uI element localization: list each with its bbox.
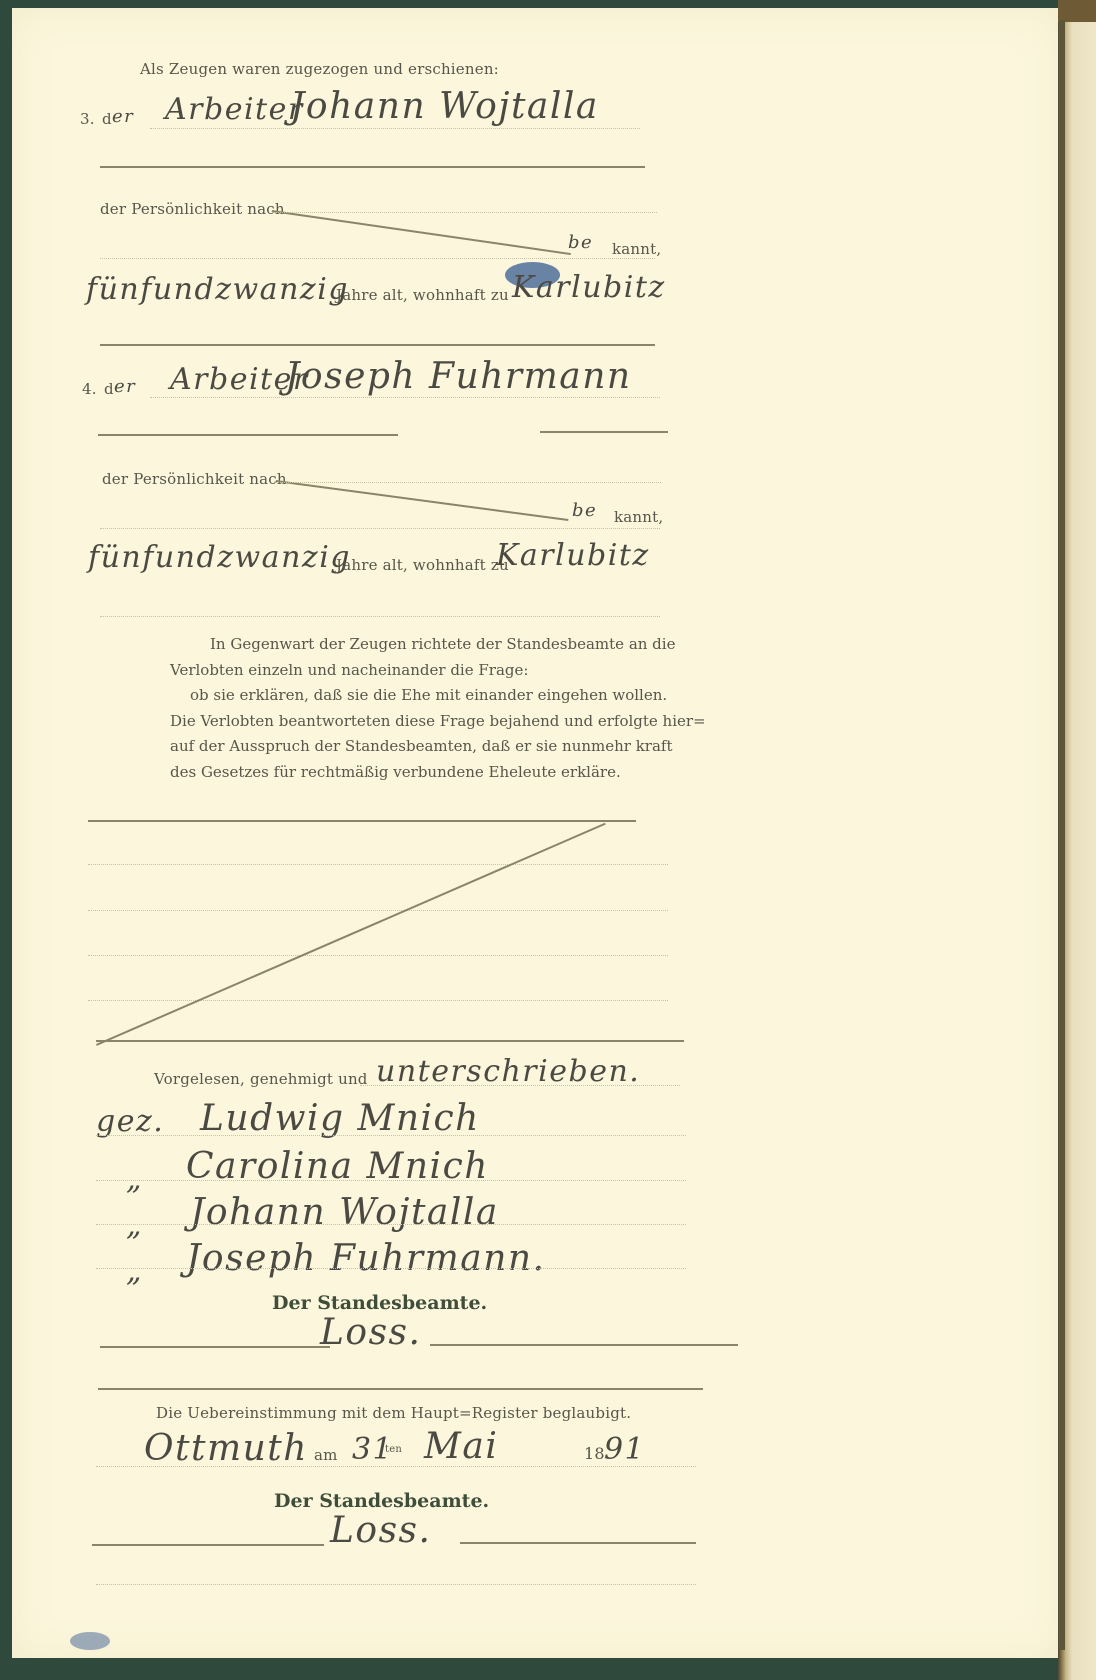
dotted-line: [96, 1466, 696, 1467]
dotted-line: [100, 528, 660, 529]
witness-4-identity-hand: be: [572, 500, 597, 521]
dotted-line: [150, 397, 660, 398]
witness-3-residence: Karlubitz: [512, 270, 666, 305]
dotted-line: [96, 1135, 686, 1136]
witness-4-age-label: Jahre alt, wohnhaft zu: [336, 556, 509, 574]
binding-top-edge: [1058, 0, 1096, 22]
witness-4-name: Joseph Fuhrmann: [285, 356, 632, 397]
dotted-line: [276, 482, 661, 483]
ceremony-line: ob sie erklären, daß sie die Ehe mit ein…: [170, 683, 665, 709]
dotted-line: [88, 1000, 668, 1001]
witness-3-age: fünfundzwanzig: [86, 272, 349, 307]
dotted-line: [96, 1180, 686, 1181]
witness-4-prefix: d: [104, 380, 114, 398]
ceremony-line: des Gesetzes für rechtmäßig verbundene E…: [170, 760, 665, 786]
rule-line: [100, 166, 645, 168]
ink-blot: [70, 1632, 110, 1650]
certification-month: Mai: [424, 1426, 498, 1467]
ceremony-paragraph: In Gegenwart der Zeugen richtete der Sta…: [170, 632, 665, 785]
ceremony-line: Verlobten einzeln und nacheinander die F…: [170, 658, 665, 684]
witness-4-prefix-hand: er: [114, 376, 136, 397]
rule-line: [98, 434, 398, 436]
signature-name: Ludwig Mnich: [200, 1098, 480, 1139]
signature-prefix: gez.: [96, 1104, 164, 1139]
signature-prefix: „: [126, 1254, 143, 1289]
rule-line: [460, 1542, 696, 1544]
witness-3-occupation: Arbeiter: [165, 92, 304, 127]
rule-line: [100, 1346, 330, 1348]
witness-3-name: Johann Wojtalla: [290, 86, 599, 127]
certification-place: Ottmuth: [144, 1428, 308, 1469]
witness-3-age-label: Jahre alt, wohnhaft zu: [336, 286, 509, 304]
rule-line: [96, 1040, 684, 1042]
certifying-registrar-title: Der Standesbeamte.: [274, 1490, 489, 1512]
rule-line: [540, 431, 668, 433]
witness-4-identity-label: der Persönlichkeit nach: [102, 470, 287, 488]
witness-4-identity-suffix: kannt,: [614, 508, 663, 526]
certification-year-printed: 18: [584, 1444, 605, 1463]
witness-3-identity-suffix: kannt,: [612, 240, 661, 258]
dotted-line: [88, 955, 668, 956]
registrar-title: Der Standesbeamte.: [272, 1292, 487, 1314]
witness-4-age: fünfundzwanzig: [88, 540, 351, 575]
rule-line: [92, 1544, 324, 1546]
certification-year-hand: 91: [604, 1432, 645, 1467]
witness-3-number: 3.: [80, 110, 95, 128]
certification-am: am: [314, 1446, 338, 1464]
witness-3-identity-label: der Persönlichkeit nach: [100, 200, 285, 218]
read-approved-label: Vorgelesen, genehmigt und: [154, 1070, 368, 1088]
witness-3-prefix-hand: er: [112, 106, 134, 127]
dotted-line: [100, 616, 660, 617]
dotted-line: [150, 128, 640, 129]
certification-label: Die Uebereinstimmung mit dem Haupt=Regis…: [156, 1404, 631, 1422]
witness-3-identity-hand: be: [568, 232, 593, 253]
witness-4-residence: Karlubitz: [496, 538, 650, 573]
read-approved-hand: unterschrieben.: [376, 1054, 640, 1089]
dotted-line: [96, 1268, 686, 1269]
ceremony-line: auf der Ausspruch der Standesbeamten, da…: [170, 734, 665, 760]
signature-name: Johann Wojtalla: [190, 1192, 499, 1233]
certification-day-suffix: ten: [385, 1444, 402, 1455]
rule-line: [430, 1344, 738, 1346]
dotted-line: [88, 864, 668, 865]
dotted-line: [272, 212, 657, 213]
signature-prefix: „: [126, 1208, 143, 1243]
witnesses-header: Als Zeugen waren zugezogen und erschiene…: [140, 60, 499, 78]
witness-4-number: 4.: [82, 380, 97, 398]
ceremony-line: Die Verlobten beantworteten diese Frage …: [170, 709, 665, 735]
dotted-line: [100, 258, 655, 259]
dotted-line: [96, 1224, 686, 1225]
rule-line: [100, 344, 655, 346]
certifying-registrar-signature: Loss.: [330, 1510, 431, 1551]
dotted-line: [88, 910, 668, 911]
dotted-line: [360, 1085, 680, 1086]
page-edge-shadow: [1060, 20, 1065, 1650]
rule-line: [98, 1388, 703, 1390]
witness-3-prefix: d: [102, 110, 112, 128]
signature-name: Joseph Fuhrmann.: [186, 1238, 546, 1279]
rule-line: [88, 820, 636, 822]
ceremony-line: In Gegenwart der Zeugen richtete der Sta…: [170, 632, 665, 658]
dotted-line: [96, 1584, 696, 1585]
registrar-signature: Loss.: [320, 1312, 421, 1353]
